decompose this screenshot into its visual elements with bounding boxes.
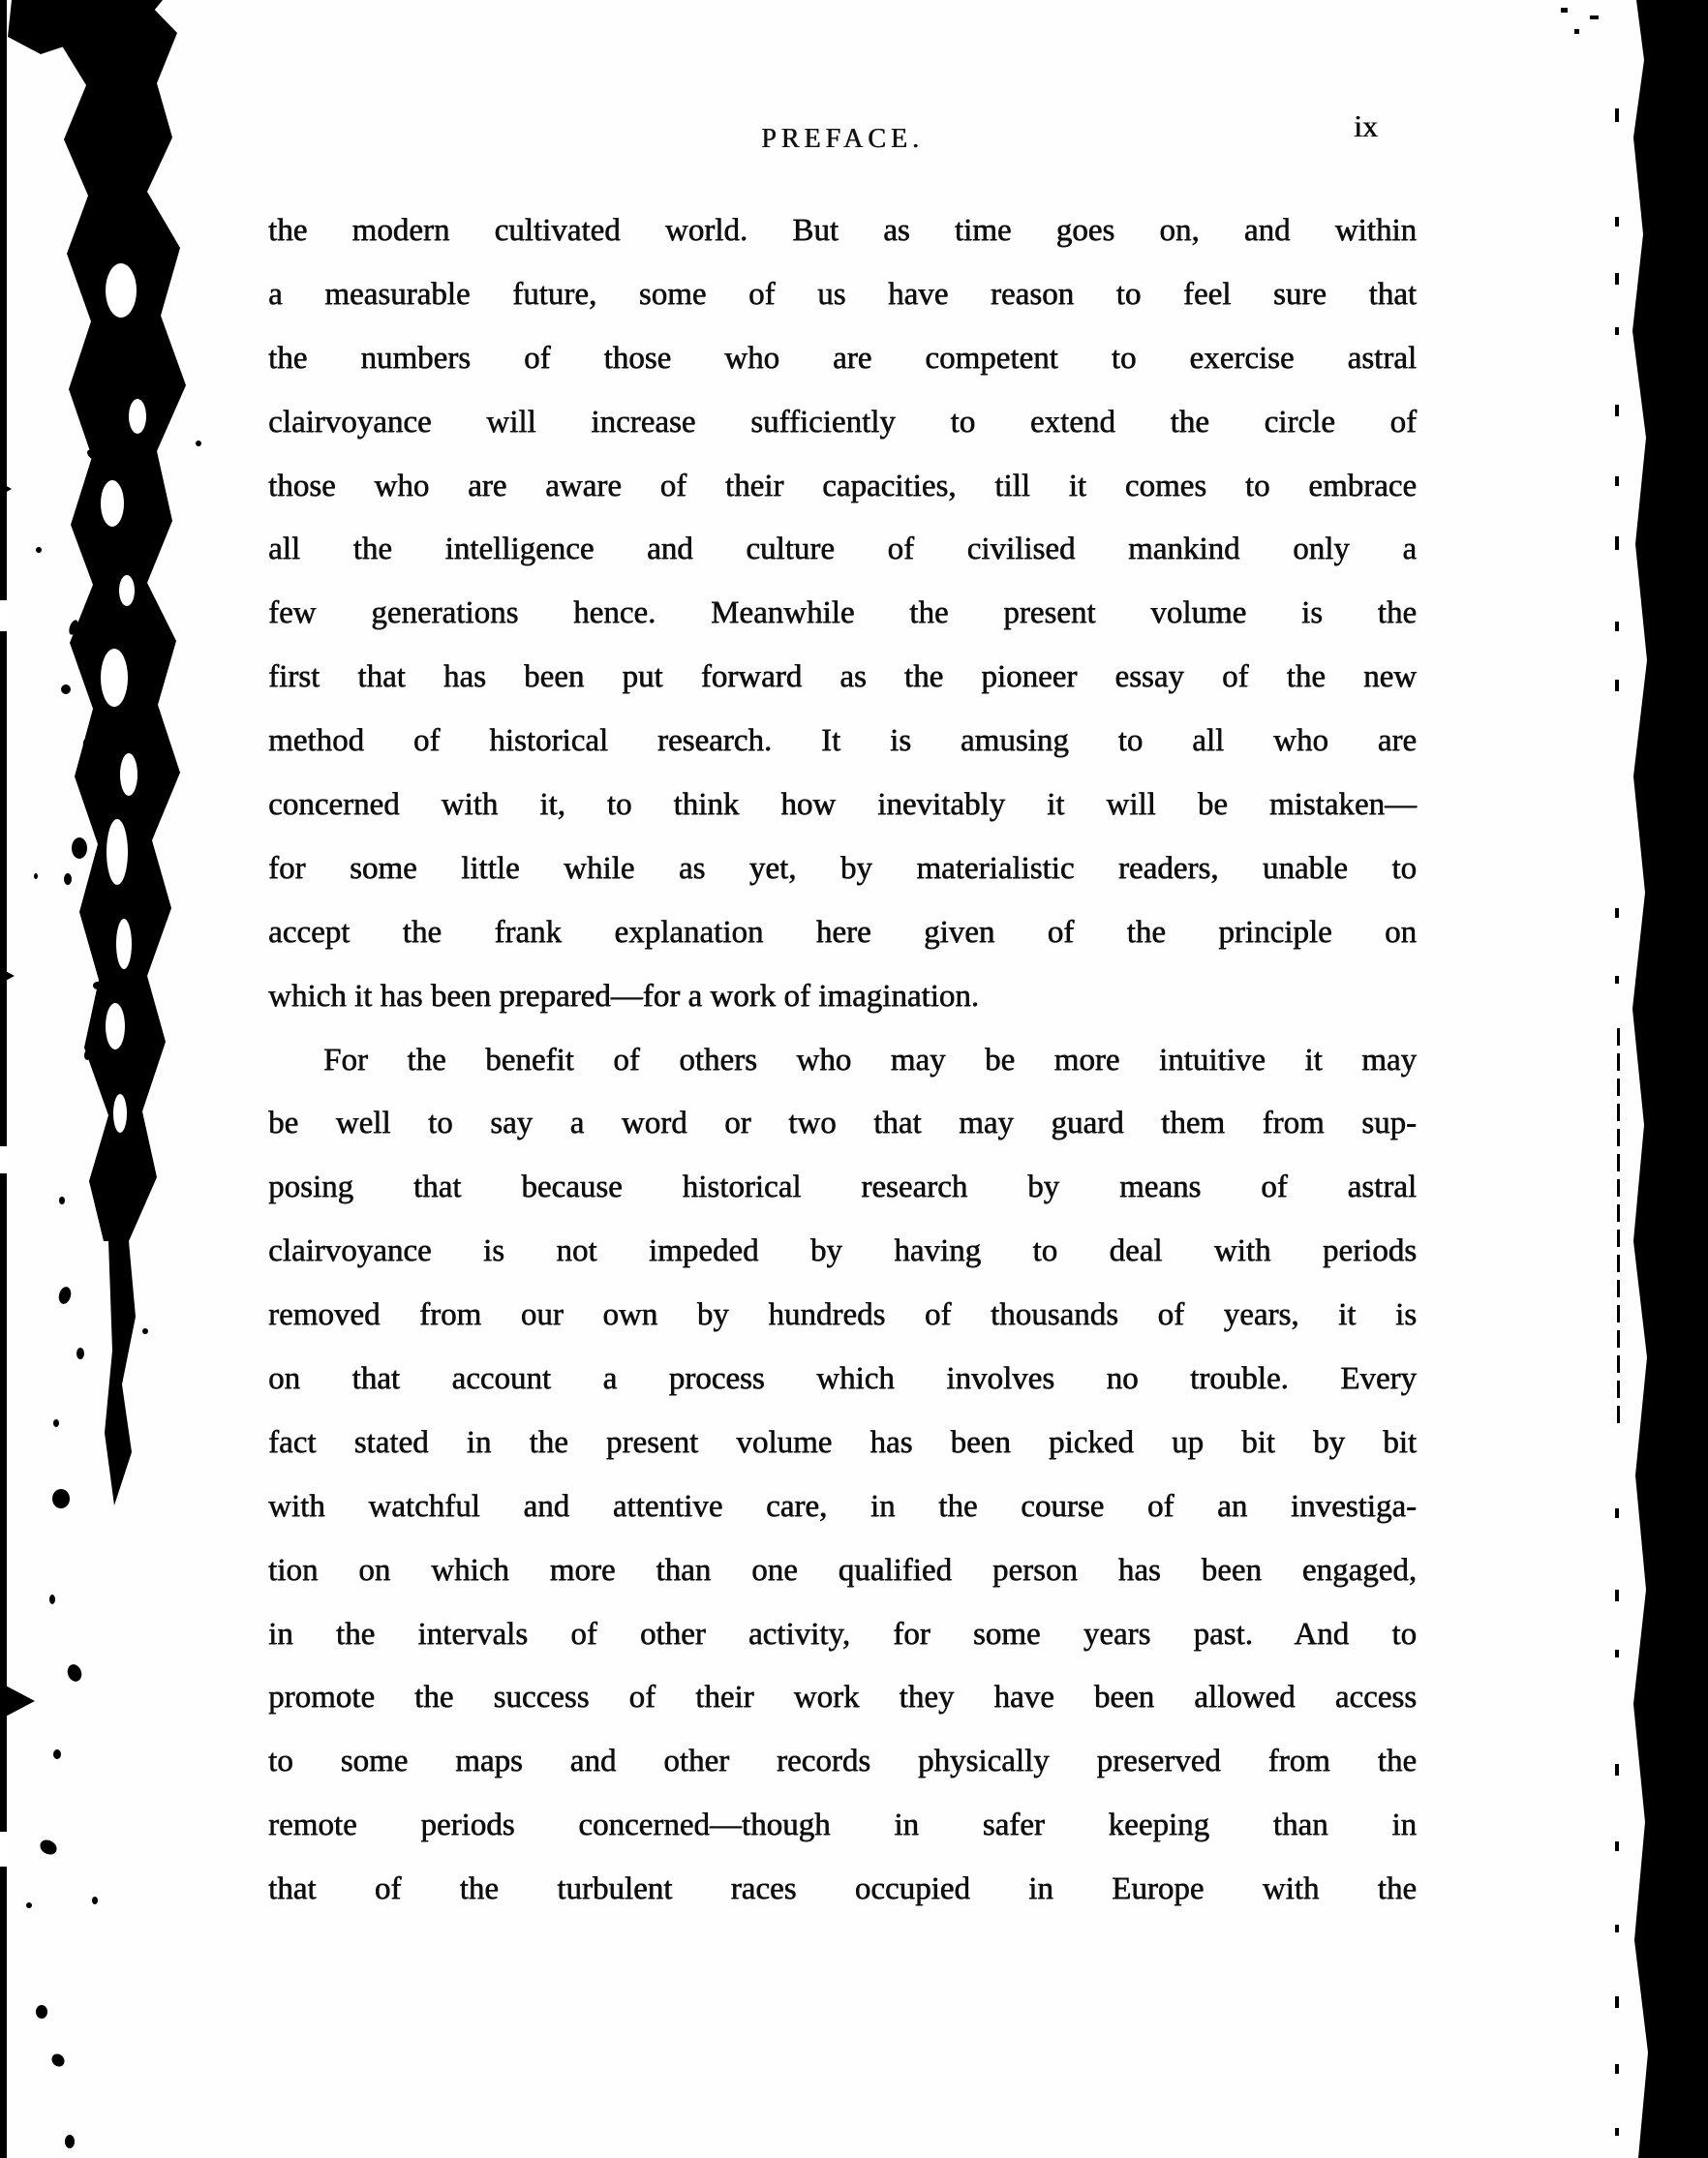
text-line: first that has been put forward as the p… [268,646,1417,710]
text-line: be well to say a word or two that may gu… [268,1092,1417,1156]
text-line: remote periods concerned—though in safer… [268,1794,1417,1858]
text-line: posing that because historical research … [268,1156,1417,1220]
text-line: the modern cultivated world. But as time… [268,199,1417,263]
text-line: all the intelligence and culture of civi… [268,518,1417,582]
text-line: fact stated in the present volume has be… [268,1412,1417,1475]
text-line: accept the frank explanation here given … [268,901,1417,965]
right-edge-band [1561,0,1708,2158]
text-line: tion on which more than one qualified pe… [268,1539,1417,1603]
text-line: to some maps and other records physicall… [268,1730,1417,1794]
running-header: PREFACE. [268,124,1417,155]
text-line: method of historical research. It is amu… [268,710,1417,774]
text-line: in the intervals of other activity, for … [268,1603,1417,1667]
text-line: clairvoyance will increase sufficiently … [268,391,1417,455]
text-line: concerned with it, to think how inevitab… [268,774,1417,837]
scanned-book-page: PREFACE. ix the modern cultivated world.… [0,0,1708,2158]
page-body-text: the modern cultivated world. But as time… [268,199,1417,1922]
left-binding-band [8,0,186,1505]
text-line: with watchful and attentive care, in the… [268,1475,1417,1539]
page-heading: PREFACE. [761,124,924,154]
text-line: on that account a process which involves… [268,1348,1417,1412]
text-line: those who are aware of their capacities,… [268,455,1417,519]
text-line: which it has been prepared—for a work of… [268,965,1417,1029]
text-line: few generations hence. Meanwhile the pre… [268,582,1417,646]
text-line: for some little while as yet, by materia… [268,837,1417,901]
text-line: removed from our own by hundreds of thou… [268,1284,1417,1348]
left-margin-ink-specks [26,441,201,2148]
left-edge-strip [0,0,35,2158]
text-line: clairvoyance is not impeded by having to… [268,1220,1417,1284]
page-number: ix [1354,108,1378,144]
text-line: For the benefit of others who may be mor… [268,1029,1417,1093]
text-line: the numbers of those who are competent t… [268,327,1417,391]
text-line: promote the success of their work they h… [268,1666,1417,1730]
right-margin-dashes [1615,108,1620,2136]
text-line: that of the turbulent races occupied in … [268,1858,1417,1922]
text-line: a measurable future, some of us have rea… [268,263,1417,327]
